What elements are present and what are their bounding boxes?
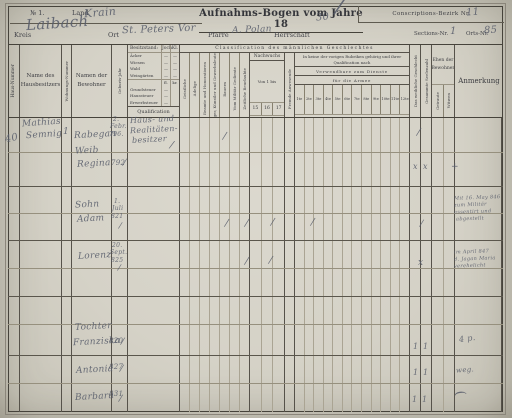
nachwuchs-foot: Jahre: [250, 115, 284, 117]
body-cell: [180, 118, 190, 412]
category-label: Geistliche: [182, 79, 187, 99]
col-owner: Name des Hausbesitzers: [20, 45, 62, 117]
category-col: Adelige: [190, 53, 200, 117]
col-dwelling-number: Wohnungs-Nummer: [62, 45, 72, 117]
age-class-col: 10te: [381, 85, 391, 114]
row-line: [8, 240, 503, 241]
conscription-district-cell: Conscriptions-Bezirk Nr.: [358, 6, 504, 23]
herrschaft-label: Herrschaft: [274, 31, 310, 39]
army-foot: Altersclassige Vormerkung: [295, 114, 409, 117]
row-line: [8, 152, 503, 153]
body-column: [421, 118, 432, 412]
body-cell: [250, 118, 262, 412]
nachwuchs-sub: Von 1 bis: [250, 61, 284, 102]
category-label: Adelige: [192, 81, 197, 96]
body-cell: [295, 118, 305, 412]
category-col: Vom Militär Gediente: [230, 53, 240, 117]
col-remarks: Anmerkung: [455, 45, 503, 117]
army-title: In keine der vorigen Rubriken gehörig un…: [295, 53, 409, 67]
orts-label: Orts-Nr.: [466, 31, 489, 37]
body-cell: [352, 118, 362, 412]
body-cell: [112, 118, 127, 412]
body-cell: [262, 118, 274, 412]
row-line: [8, 355, 503, 356]
unit-joch: Joch: [161, 45, 170, 52]
col-total: Gesammte Seelenzahl: [421, 45, 432, 117]
col-marriages: Ehen der Bewohner GetrauteWitwen: [432, 45, 455, 117]
land-label: Land: [72, 9, 89, 17]
body-column: [72, 118, 112, 412]
body-cell: [432, 118, 444, 412]
handwritten-entry: St. Peters Vor: [122, 23, 196, 37]
qualification-label: Qualification: [137, 109, 169, 115]
category-label: Bürger, Künstler und Gewerbsleute: [212, 53, 217, 117]
body-cell: [421, 118, 431, 412]
col-inhabitants: Namen der Bewohner: [72, 45, 112, 117]
nachwuchs-year-col: 15: [250, 103, 262, 115]
col-male-classification: Classification des männlichen Geschlecht…: [180, 45, 410, 117]
body-cell: [210, 118, 220, 412]
birth-year-label: Geburts-Jahr: [117, 68, 122, 94]
tax-rows: fl.kr.Grundsteuer—Haussteuer—Erwerbsteue…: [128, 79, 179, 106]
nachwuchs-year-col: 16: [262, 103, 274, 115]
row-line: [8, 268, 503, 269]
body-cell: [400, 118, 409, 412]
category-label: Bauern: [222, 82, 227, 97]
col-birth-year: Geburts-Jahr: [112, 45, 128, 117]
table-body: [8, 118, 503, 412]
female-label: Das weibliche Geschlecht: [413, 55, 418, 107]
category-label: Beamte und Honoratioren: [202, 62, 207, 115]
age-class-col: 9te: [372, 85, 382, 114]
body-cell: [72, 118, 111, 412]
age-class-col: 6te: [343, 85, 353, 114]
total-label: Gesammte Seelenzahl: [424, 59, 429, 104]
body-cell: [8, 118, 19, 412]
row-line: [8, 186, 503, 187]
body-cell: [391, 118, 401, 412]
dwelling-number-label: Wohnungs-Nummer: [64, 61, 69, 101]
army-block: In keine der vorigen Rubriken gehörig un…: [295, 53, 409, 117]
body-cell: [220, 118, 230, 412]
body-cell: [285, 118, 294, 412]
possessions-header: Besitzstand: Joch Kl.: [128, 45, 179, 53]
col-qualification: Besitzstand: Joch Kl. Äcker——Wiesen——Wal…: [128, 45, 180, 117]
header-rule-left: [10, 23, 202, 24]
army-sub: Verwendbare zum Dienste: [295, 67, 409, 76]
body-column: [62, 118, 72, 412]
age-class-col: 11te: [391, 85, 401, 114]
body-column: [410, 118, 421, 412]
row-line: [8, 213, 503, 214]
body-cell: [230, 118, 240, 412]
col-female: Das weibliche Geschlecht: [410, 45, 421, 117]
house-number-label: Haus-Nummer: [11, 64, 16, 98]
marriage-subcol-label: Getraute: [435, 92, 440, 110]
nachwuchs-years: 151617: [250, 102, 284, 115]
army-age-classes: 1te2te3te4te5te6te7te8te9te10te11te12te: [295, 85, 409, 114]
army-sub2: für die Armee: [295, 76, 409, 85]
possessions-rows: Äcker——Wiesen——Wald——Weingärten——: [128, 53, 179, 79]
body-cell: [190, 118, 200, 412]
body-column: [20, 118, 62, 412]
body-column: [112, 118, 128, 412]
marriage-subcol: Getraute: [432, 85, 444, 117]
category-columns: GeistlicheAdeligeBeamte und Honoratioren…: [180, 53, 250, 117]
section-label: Sections-Nr.: [414, 31, 448, 37]
body-column: [455, 118, 502, 412]
body-cell: [455, 118, 501, 412]
row-line: [8, 383, 503, 384]
marriages-subcols: GetrauteWitwen: [432, 84, 454, 117]
body-cell: [410, 118, 420, 412]
inhabitants-label: Namen der Bewohner: [73, 72, 110, 91]
marriage-subcol-label: Witwen: [446, 93, 451, 108]
misc-column: Fremde Anwesende: [285, 53, 295, 117]
age-class-col: 12te: [400, 85, 409, 114]
body-column: [8, 118, 20, 412]
marriages-title: Ehen der Bewohner: [432, 45, 454, 84]
body-cell: [324, 118, 334, 412]
unit-klafter: Kl.: [170, 45, 179, 52]
body-cell: [362, 118, 372, 412]
body-cell: [343, 118, 353, 412]
owner-label: Name des Hausbesitzers: [21, 72, 61, 91]
row-line: [8, 324, 503, 325]
body-column: [128, 118, 180, 412]
body-cell: [333, 118, 343, 412]
body-column: [250, 118, 285, 412]
age-class-col: 3te: [314, 85, 324, 114]
body-cell: [200, 118, 210, 412]
age-class-col: 7te: [352, 85, 362, 114]
table-header: Haus-Nummer Name des Hausbesitzers Wohnu…: [8, 44, 503, 118]
col-house-number: Haus-Nummer: [8, 45, 20, 117]
body-cell: [444, 118, 455, 412]
age-class-col: 4te: [324, 85, 334, 114]
kreis-label: Kreis: [14, 31, 31, 39]
body-cell: [240, 118, 249, 412]
body-cell: [314, 118, 324, 412]
nachwuchs-block: Nachwuchs Von 1 bis 151617 Jahre: [250, 53, 285, 117]
body-cell: [372, 118, 382, 412]
body-cell: [20, 118, 61, 412]
form-title: Aufnahms-Bogen vom Jahre 18: [199, 8, 363, 33]
category-col: Beamte und Honoratioren: [200, 53, 210, 117]
category-col: Bauern: [220, 53, 230, 117]
age-class-col: 5te: [333, 85, 343, 114]
handwritten-entry: 1: [450, 26, 457, 37]
ort-label: Ort: [108, 31, 119, 39]
form-title-text: Aufnahms-Bogen vom Jahre 18: [199, 8, 363, 30]
body-column: [432, 118, 455, 412]
body-cell: [128, 118, 179, 412]
body-cell: [305, 118, 315, 412]
marriage-subcol: Witwen: [444, 85, 455, 117]
possessions-title: Besitzstand:: [128, 45, 161, 52]
category-col: Geistliche: [180, 53, 190, 117]
nachwuchs-year-col: 17: [273, 103, 284, 115]
nachwuchs-title: Nachwuchs: [250, 53, 284, 61]
body-cell: [273, 118, 284, 412]
form-number: № 1.: [30, 9, 44, 17]
misc-column-label: Fremde Anwesende: [287, 69, 292, 109]
age-class-col: 1te: [295, 85, 305, 114]
census-sheet: № 1. Land Aufnahms-Bogen vom Jahre 18 Co…: [0, 0, 512, 418]
pfarre-label: Pfarre: [208, 31, 229, 39]
age-class-col: 2te: [305, 85, 315, 114]
body-cell: [62, 118, 71, 412]
category-col: Zeitliche Beurlaubte: [240, 53, 249, 117]
body-column: [180, 118, 250, 412]
category-label: Vom Militär Gediente: [232, 67, 237, 110]
age-class-col: 8te: [362, 85, 372, 114]
body-column: [285, 118, 295, 412]
classification-title: Classification des männlichen Geschlecht…: [180, 45, 409, 53]
body-cell: [381, 118, 391, 412]
row-line: [8, 296, 503, 297]
category-col: Bürger, Künstler und Gewerbsleute: [210, 53, 220, 117]
body-column: [295, 118, 410, 412]
conscription-label: Conscriptions-Bezirk Nr.: [392, 11, 470, 17]
remarks-label: Anmerkung: [458, 77, 499, 85]
category-label: Zeitliche Beurlaubte: [242, 68, 247, 110]
qualification-label-cell: Qualification: [128, 106, 179, 117]
